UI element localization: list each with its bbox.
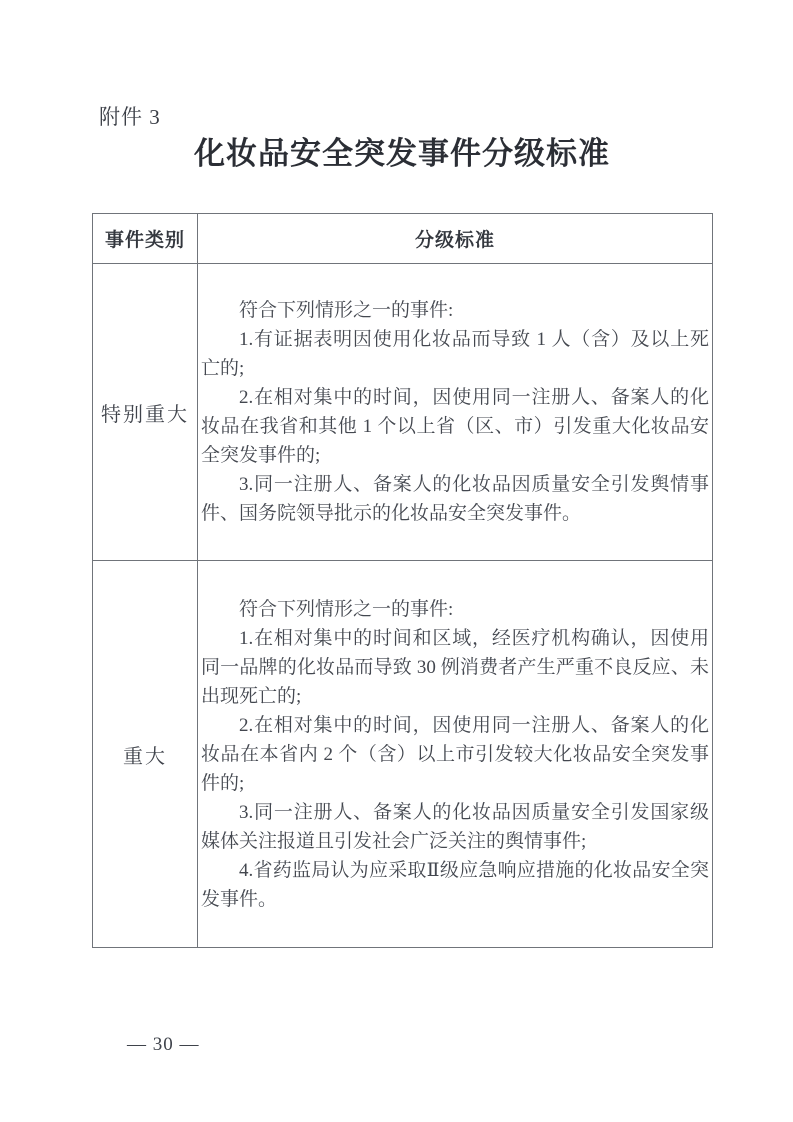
table-row: 重大 符合下列情形之一的事件: 1.在相对集中的时间和区域，经医疗机构确认，因使…: [93, 561, 713, 948]
clause-intro: 符合下列情形之一的事件:: [201, 595, 709, 624]
clause-item: 1.有证据表明因使用化妆品而导致 1 人（含）及以上死亡的;: [201, 325, 709, 383]
classification-table: 事件类别 分级标准 特别重大 符合下列情形之一的事件: 1.有证据表明因使用化妆…: [92, 213, 713, 948]
page-title: 化妆品安全突发事件分级标准: [92, 132, 712, 176]
attachment-label: 附件 3: [99, 101, 161, 131]
column-header-grading-standard: 分级标准: [198, 214, 713, 264]
standard-cell-major: 符合下列情形之一的事件: 1.在相对集中的时间和区域，经医疗机构确认，因使用同一…: [198, 561, 713, 948]
page-number: — 30 —: [127, 1034, 200, 1056]
clause-intro: 符合下列情形之一的事件:: [201, 296, 709, 325]
clause-item: 3.同一注册人、备案人的化妆品因质量安全引发舆情事件、国务院领导批示的化妆品安全…: [201, 470, 709, 528]
clause-item: 2.在相对集中的时间，因使用同一注册人、备案人的化妆品在本省内 2 个（含）以上…: [201, 711, 709, 798]
document-page: 附件 3 化妆品安全突发事件分级标准 事件类别 分级标准 特别重大 符合下列情形…: [0, 0, 793, 1122]
clause-item: 2.在相对集中的时间，因使用同一注册人、备案人的化妆品在我省和其他 1 个以上省…: [201, 383, 709, 470]
clause-item: 4.省药监局认为应采取Ⅱ级应急响应措施的化妆品安全突发事件。: [201, 856, 709, 914]
clause-item: 3.同一注册人、备案人的化妆品因质量安全引发国家级媒体关注报道且引发社会广泛关注…: [201, 798, 709, 856]
column-header-event-category: 事件类别: [93, 214, 198, 264]
table-row: 特别重大 符合下列情形之一的事件: 1.有证据表明因使用化妆品而导致 1 人（含…: [93, 264, 713, 561]
category-cell-major: 重大: [93, 561, 198, 948]
category-cell-especially-major: 特别重大: [93, 264, 198, 561]
clause-item: 1.在相对集中的时间和区域，经医疗机构确认，因使用同一品牌的化妆品而导致 30 …: [201, 624, 709, 711]
table-header-row: 事件类别 分级标准: [93, 214, 713, 264]
standard-cell-especially-major: 符合下列情形之一的事件: 1.有证据表明因使用化妆品而导致 1 人（含）及以上死…: [198, 264, 713, 561]
